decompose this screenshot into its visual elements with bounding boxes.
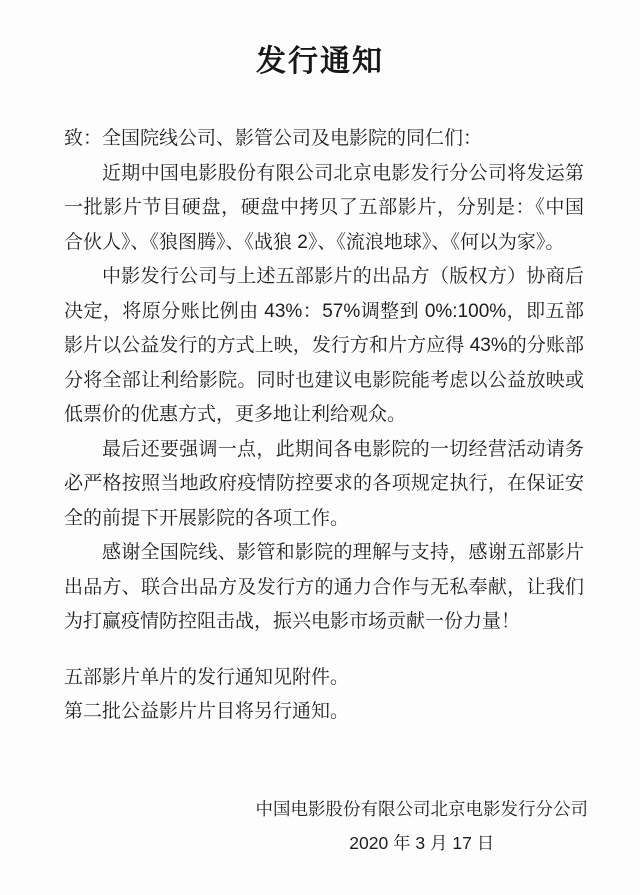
paragraph-shipment: 近期中国电影股份有限公司北京电影发行分公司将发运第一批影片节目硬盘，硬盘中拷贝了… [64, 157, 584, 261]
paragraph-revenue-split: 中影发行公司与上述五部影片的出品方（版权方）协商后决定，将原分账比例由 43%：… [64, 260, 584, 433]
signature-company: 中国电影股份有限公司北京电影发行分公司 [256, 792, 589, 827]
notice-document-page: 发行通知 致：全国院线公司、影管公司及电影院的同仁们： 近期中国电影股份有限公司… [0, 0, 640, 895]
note-attachment-line: 五部影片单片的发行通知见附件。 [64, 661, 584, 696]
paragraph-thanks: 感谢全国院线、影管和影院的理解与支持，感谢五部影片出品方、联合出品方及发行方的通… [64, 536, 584, 640]
document-title: 发行通知 [0, 44, 640, 80]
salutation-line: 致：全国院线公司、影管公司及电影院的同仁们： [64, 122, 584, 157]
signature-date: 2020 年 3 月 17 日 [256, 826, 589, 861]
document-body: 致：全国院线公司、影管公司及电影院的同仁们： 近期中国电影股份有限公司北京电影发… [0, 122, 640, 730]
signature-block: 中国电影股份有限公司北京电影发行分公司 2020 年 3 月 17 日 [256, 792, 589, 861]
note-second-batch-line: 第二批公益影片片目将另行通知。 [64, 695, 584, 730]
paragraph-epidemic-rules: 最后还要强调一点，此期间各电影院的一切经营活动请务必严格按照当地政府疫情防控要求… [64, 433, 584, 537]
notes-block: 五部影片单片的发行通知见附件。 第二批公益影片片目将另行通知。 [64, 661, 584, 730]
